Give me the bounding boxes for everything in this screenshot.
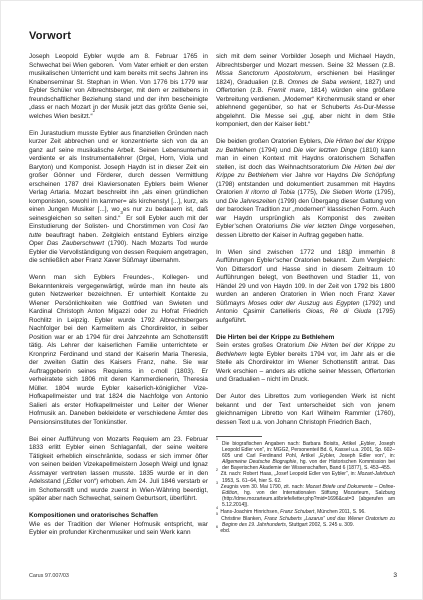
footnote-ref: 4 <box>310 116 312 121</box>
page-number: 3 <box>393 572 397 579</box>
edition-number: Carus 97.007/03 <box>29 573 69 579</box>
footnote: 2 Zit. nach: Robert Haas, „Josef Leopold… <box>216 471 395 483</box>
footnote: 6 ebd. <box>216 528 395 534</box>
paragraph: In Wien sind zwischen 1772 und 1830 imme… <box>216 249 395 326</box>
footnote-separator <box>216 436 262 437</box>
footnote: 4 Hans-Joachim Hinrichsen, Franz Schuber… <box>216 509 395 515</box>
paragraph: Bei einer Aufführung von Mozarts Requiem… <box>29 436 208 504</box>
footnote-marker: 4 <box>216 506 218 510</box>
footnote-marker: 6 <box>216 525 218 529</box>
text-columns: Joseph Leopold Eybler wurde am 8. Februa… <box>29 53 395 538</box>
paragraph: sich mit dem seiner Vorbilder Joseph und… <box>216 53 395 130</box>
paragraph: Wenn man sich Eyblers Freundes-, Kollege… <box>29 274 208 427</box>
footnote: 3 Zeugnis vom 30. Mai 1790, zit. nach: M… <box>216 484 395 508</box>
footnote-marker: 3 <box>216 481 218 485</box>
footnote-ref: 5 <box>347 252 349 257</box>
footnote-ref: 6 <box>247 312 249 317</box>
document-page: Vorwort Joseph Leopold Eybler wurde am 8… <box>0 0 423 600</box>
paragraph: Der Autor des Librettos zum vorliegenden… <box>216 393 395 427</box>
page-title: Vorwort <box>29 30 71 42</box>
footnote: 5 Christine Blanken, Franz Schuberts „La… <box>216 516 395 528</box>
page-footer: Carus 97.007/03 3 <box>29 572 397 579</box>
footnote-ref: 1 <box>115 57 117 62</box>
paragraph: Wie es der Tradition der Wiener Hofmusik… <box>29 521 208 538</box>
footnote-ref: 2 <box>93 108 95 113</box>
section-heading: Kompositionen und oratorisches Schaffen <box>29 512 208 521</box>
footnote: 1 Die biografischen Angaben nach: Barbar… <box>216 441 395 471</box>
paragraph: Die beiden großen Oratorien Eyblers, Die… <box>216 138 395 240</box>
left-column: Joseph Leopold Eybler wurde am 8. Februa… <box>29 53 208 538</box>
paragraph: Ein Jurastudium musste Eybler aus finanz… <box>29 130 208 266</box>
paragraph: Joseph Leopold Eybler wurde am 8. Februa… <box>29 53 208 121</box>
footnote-marker: 5 <box>216 512 218 516</box>
footnote-marker: 1 <box>216 437 218 441</box>
paragraph: Sein erstes großes Oratorium Die Hirten … <box>216 342 395 385</box>
section-heading: Die Hirten bei der Krippe zu Bethlehem <box>216 334 395 343</box>
footnote-ref: 3 <box>120 210 122 215</box>
right-column: sich mit dem seiner Vorbilder Joseph und… <box>216 53 395 535</box>
footnote-marker: 2 <box>216 468 218 472</box>
